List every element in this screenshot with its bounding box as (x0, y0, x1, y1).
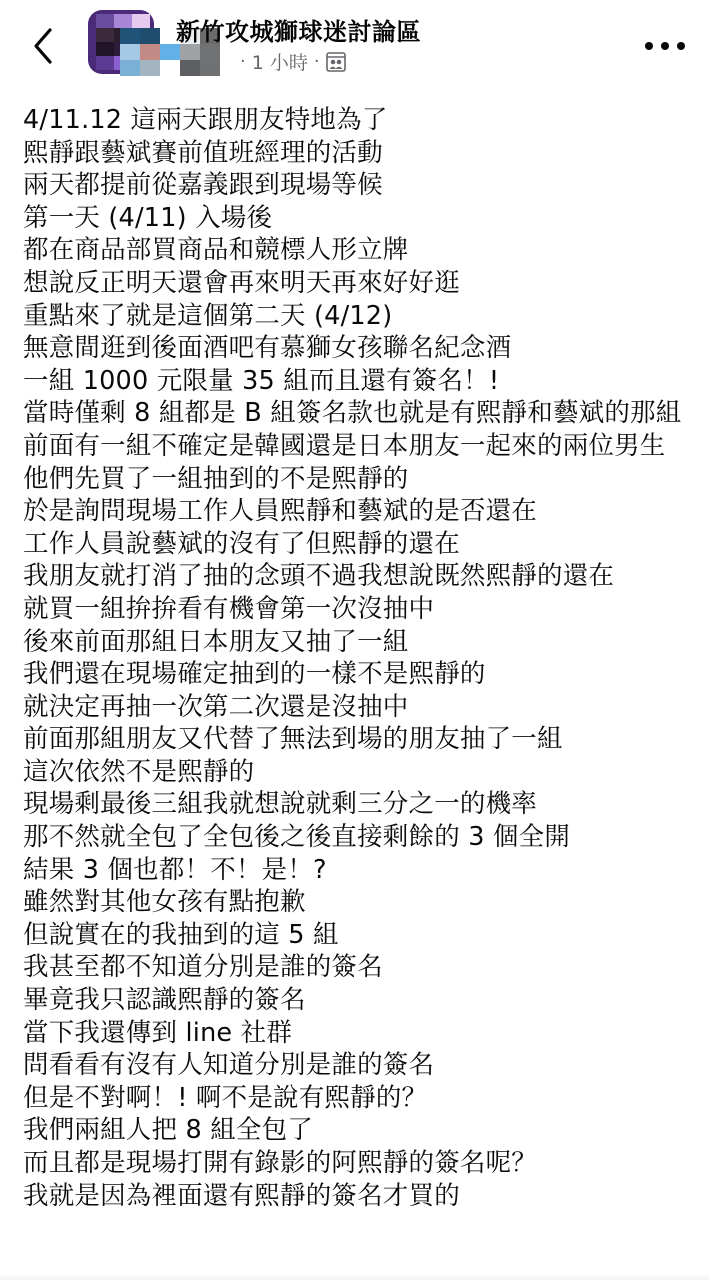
group-members-icon (326, 52, 346, 72)
more-dot-icon (645, 42, 653, 50)
post-text-line: 想說反正明天還會再來明天再來好好逛 (23, 267, 693, 300)
post-text-line: 一組 1000 元限量 35 組而且還有簽名！! (23, 365, 693, 398)
more-dot-icon (677, 42, 685, 50)
group-name[interactable]: 新竹攻城獅球迷討論區 (176, 12, 421, 47)
post-text-line: 但說實在的我抽到的這 5 組 (23, 919, 693, 952)
post-text-line: 無意間逛到後面酒吧有慕獅女孩聯名紀念酒 (23, 332, 693, 365)
scroll-fade (0, 1274, 709, 1280)
post-text-line: 那不然就全包了全包後之後直接剩餘的 3 個全開 (23, 821, 693, 854)
post-text-line: 熙靜跟藝斌賽前值班經理的活動 (23, 137, 693, 170)
meta-separator: · (314, 51, 320, 72)
post-text-line: 但是不對啊！! 啊不是說有熙靜的？ (23, 1082, 693, 1115)
post-header: 新竹攻城獅球迷討論區 · 1 小時 · (0, 0, 709, 96)
post-text-line: 前面有一組不確定是韓國還是日本朋友一起來的兩位男生 (23, 430, 693, 463)
post-text-line: 就買一組拚拚看有機會第一次沒抽中 (23, 593, 693, 626)
post-text-line: 於是詢問現場工作人員熙靜和藝斌的是否還在 (23, 495, 693, 528)
post-text-line: 問看看有沒有人知道分別是誰的簽名 (23, 1049, 693, 1082)
back-button[interactable] (26, 26, 62, 66)
post-text-line: 我們兩組人把 8 組全包了 (23, 1114, 693, 1147)
chevron-left-icon (26, 26, 62, 66)
post-text-line: 當時僅剩 8 組都是 B 組簽名款也就是有熙靜和藝斌的那組 (23, 397, 693, 430)
post-text-line: 後來前面那組日本朋友又抽了一組 (23, 626, 693, 659)
meta-separator: · (240, 51, 246, 72)
post-text-line: 現場剩最後三組我就想說就剩三分之一的機率 (23, 788, 693, 821)
post-body: 4/11.12 這兩天跟朋友特地為了 熙靜跟藝斌賽前值班經理的活動 兩天都提前從… (23, 104, 693, 1212)
more-options-button[interactable] (645, 36, 685, 56)
post-text-line: 而且都是現場打開有錄影的阿熙靜的簽名呢？ (23, 1147, 693, 1180)
post-text-line: 我甚至都不知道分別是誰的簽名 (23, 951, 693, 984)
post-text-line: 兩天都提前從嘉義跟到現場等候 (23, 169, 693, 202)
post-text-line: 畢竟我只認識熙靜的簽名 (23, 984, 693, 1017)
post-text-line: 4/11.12 這兩天跟朋友特地為了 (23, 104, 693, 137)
post-text-line: 結果 3 個也都！不！是！? (23, 854, 693, 887)
post-text-line: 雖然對其他女孩有點抱歉 (23, 886, 693, 919)
post-text-line: 我們還在現場確定抽到的一樣不是熙靜的 (23, 658, 693, 691)
post-meta: · 1 小時 · (240, 48, 346, 75)
post-text-line: 第一天 (4/11) 入場後 (23, 202, 693, 235)
post-text-line: 前面那組朋友又代替了無法到場的朋友抽了一組 (23, 723, 693, 756)
more-dot-icon (661, 42, 669, 50)
post-text-line: 我朋友就打消了抽的念頭不過我想說既然熙靜的還在 (23, 560, 693, 593)
post-text-line: 工作人員說藝斌的沒有了但熙靜的還在 (23, 528, 693, 561)
post-text-line: 我就是因為裡面還有熙靜的簽名才買的 (23, 1180, 693, 1213)
post-text-line: 重點來了就是這個第二天 (4/12) (23, 300, 693, 333)
post-text-line: 他們先買了一組抽到的不是熙靜的 (23, 463, 693, 496)
post-text-line: 都在商品部買商品和競標人形立牌 (23, 234, 693, 267)
post-text-line: 當下我還傳到 line 社群 (23, 1017, 693, 1050)
post-text-line: 就決定再抽一次第二次還是沒抽中 (23, 691, 693, 724)
post-text-line: 這次依然不是熙靜的 (23, 756, 693, 789)
post-timestamp[interactable]: 1 小時 (252, 48, 308, 75)
